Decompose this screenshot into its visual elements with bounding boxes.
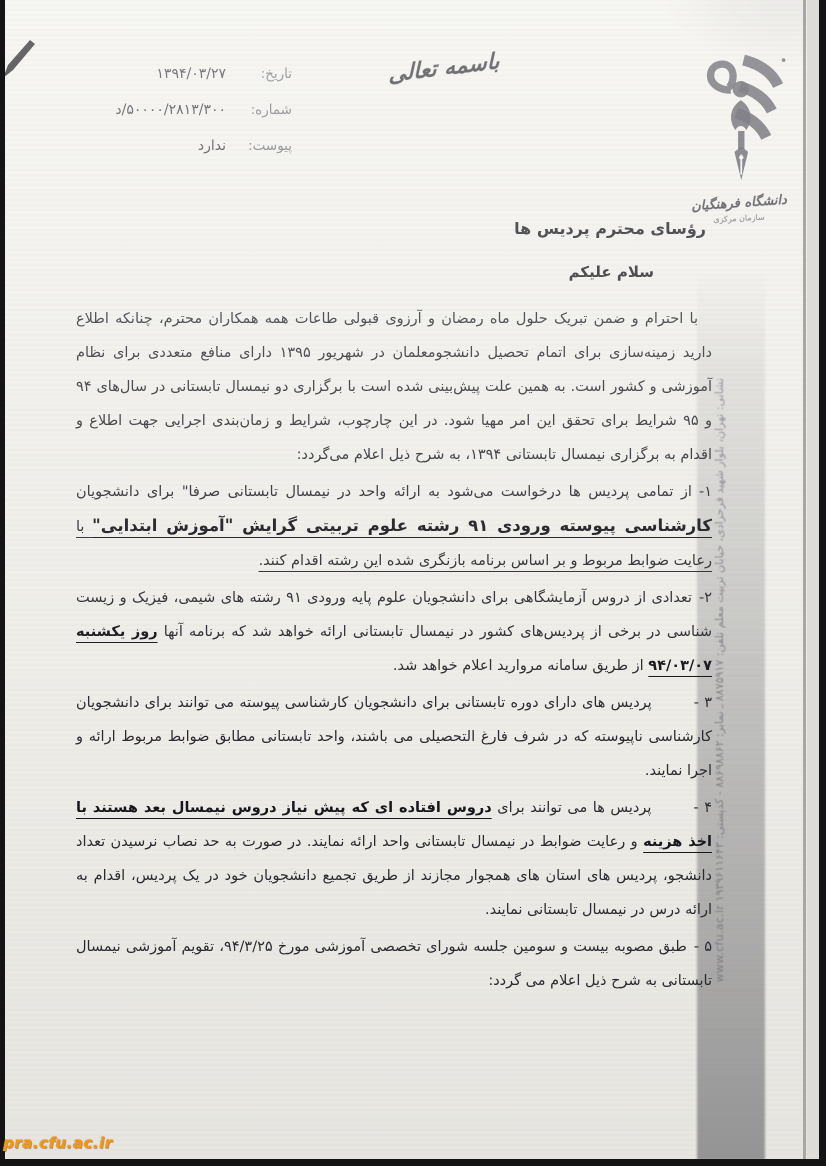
scanned-letter-page: { "page": { "watermark": "pra.cfu.ac.ir"… bbox=[0, 0, 826, 1166]
letter-intro-paragraph: با احترام و ضمن تبریک حلول ماه رمضان و آ… bbox=[76, 302, 712, 472]
pen-stroke-artifact bbox=[3, 40, 37, 78]
item-number: ۳ - bbox=[694, 695, 712, 711]
item-text-segment: کارشناسی پیوسته ورودی ۹۱ رشته علوم تربیت… bbox=[92, 516, 712, 535]
salutation: سلام علیکم bbox=[569, 263, 654, 281]
scan-edge-left bbox=[0, 0, 5, 1166]
letter-items: ۱-از تمامی پردیس ها درخواست می‌شود به ار… bbox=[76, 475, 712, 998]
letter-item: ۱-از تمامی پردیس ها درخواست می‌شود به ار… bbox=[76, 475, 712, 578]
item-text-segment: تعدادی از دروس آزمایشگاهی برای دانشجویان… bbox=[76, 590, 712, 640]
letter-item: ۴ -پردیس ها می توانند برای دروس افتاده ا… bbox=[76, 791, 712, 927]
meta-label: تاریخ: bbox=[246, 56, 292, 92]
letter-body: با احترام و ضمن تبریک حلول ماه رمضان و آ… bbox=[76, 302, 712, 1001]
item-number: ۱- bbox=[699, 484, 712, 500]
meta-value: ۱۳۹۴/۰۳/۲۷ bbox=[156, 56, 226, 92]
bismillah-calligraphy: باسمه تعالی bbox=[388, 49, 500, 88]
meta-label: شماره: bbox=[246, 92, 292, 128]
paper-edge-line bbox=[803, 0, 806, 1166]
item-number: ۵ - bbox=[694, 939, 712, 955]
sidebar-address: نشانی: تهران، بلوار شهید فرحزادی، خیابان… bbox=[713, 378, 747, 1072]
university-logo: دانشگاه فرهنگیان سازمان مرکزی bbox=[663, 48, 815, 223]
meta-row: شماره:۵۰۰۰۰/۲۸۱۳/۳۰۰/د bbox=[62, 92, 292, 128]
meta-value: ندارد bbox=[198, 128, 226, 164]
scan-edge-right bbox=[819, 0, 826, 1166]
item-number: ۲- bbox=[699, 590, 712, 606]
watermark-url: pra.cfu.ac.ir bbox=[3, 1134, 113, 1152]
meta-row: تاریخ:۱۳۹۴/۰۳/۲۷ bbox=[62, 56, 292, 92]
farhangian-emblem-icon bbox=[689, 48, 789, 194]
meta-value: ۵۰۰۰۰/۲۸۱۳/۳۰۰/د bbox=[115, 92, 226, 128]
item-number: ۴ - bbox=[693, 800, 712, 816]
scan-edge-bottom bbox=[0, 1159, 826, 1166]
paper-gutter bbox=[807, 0, 819, 1166]
letter-item: ۳ -پردیس های دارای دوره تابستانی برای دا… bbox=[76, 686, 712, 788]
letterhead-meta: تاریخ:۱۳۹۴/۰۳/۲۷شماره:۵۰۰۰۰/۲۸۱۳/۳۰۰/دپی… bbox=[62, 56, 292, 164]
item-text-segment: پردیس ها می توانند برای bbox=[492, 800, 652, 816]
meta-label: پیوست: bbox=[246, 128, 292, 164]
letter-item: ۲-تعدادی از دروس آزمایشگاهی برای دانشجوی… bbox=[76, 581, 712, 683]
item-text-segment: طبق مصوبه بیست و سومین جلسه شورای تخصصی … bbox=[76, 939, 712, 989]
letter-item: ۵ -طبق مصوبه بیست و سومین جلسه شورای تخص… bbox=[76, 930, 712, 998]
meta-row: پیوست:ندارد bbox=[62, 128, 292, 164]
item-text-segment: از تمامی پردیس ها درخواست می‌شود به ارائ… bbox=[76, 484, 692, 500]
item-text-segment: پردیس های دارای دوره تابستانی برای دانشج… bbox=[76, 695, 712, 779]
item-text-segment: و رعایت ضوابط در نیمسال تابستانی واحد ار… bbox=[76, 834, 712, 918]
item-text-segment: از طریق سامانه مروارید اعلام خواهد شد. bbox=[393, 658, 648, 674]
recipient-title: رؤسای محترم پردیس ها bbox=[514, 219, 706, 238]
